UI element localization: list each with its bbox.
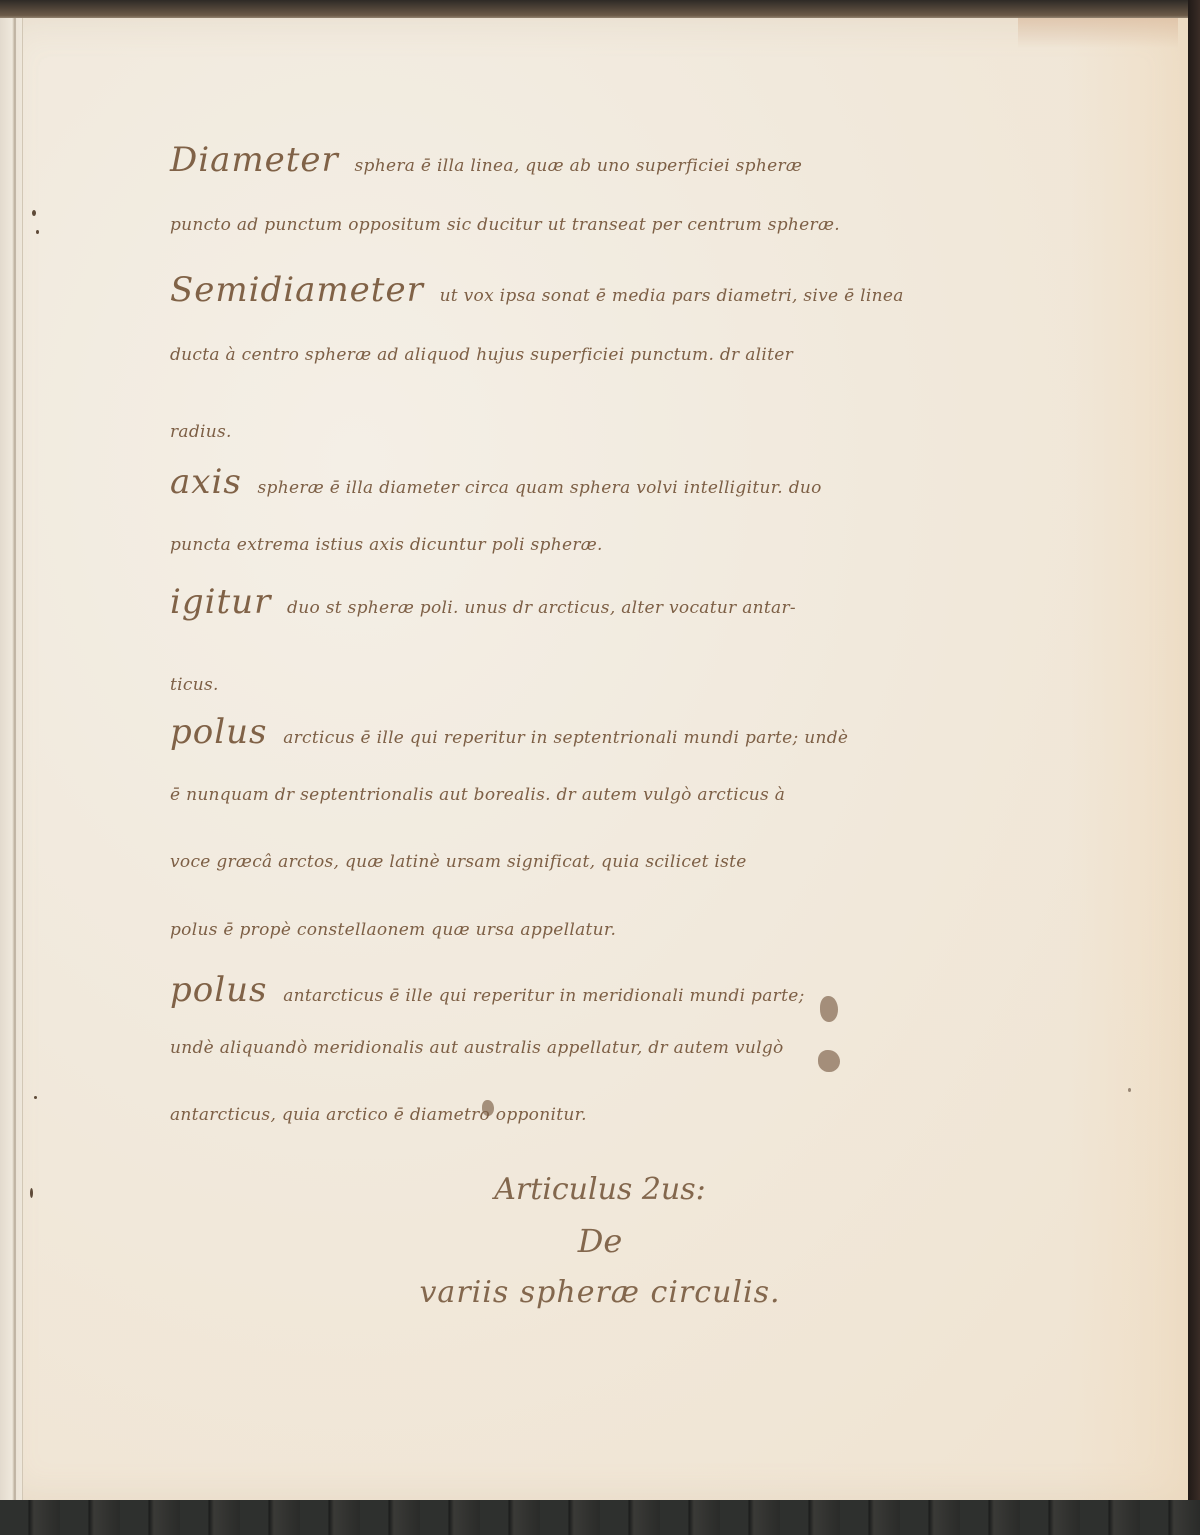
ink-spot [36,230,39,234]
line-text: undè aliquandò meridionalis aut australi… [170,1038,784,1058]
line-text: ducta à centro spheræ ad aliquod hujus s… [170,345,793,365]
text-line: puncto ad punctum oppositum sic ducitur … [170,215,840,235]
article-title: variis spheræ circulis. [0,1275,1200,1310]
text-line: ticus. [170,675,219,695]
paragraph-term: Semidiameter [170,270,424,310]
ink-stain [820,996,838,1022]
paragraph-term: polus [170,970,267,1010]
text-line: radius. [170,422,232,442]
line-text: puncto ad punctum oppositum sic ducitur … [170,215,840,235]
ink-stain [818,1050,840,1072]
text-line: igitur duo st spheræ poli. unus dr arcti… [170,582,796,622]
ink-spot [34,1096,37,1099]
text-line: ducta à centro spheræ ad aliquod hujus s… [170,345,793,365]
line-text: polus ē propè constellaonem quæ ursa app… [170,920,616,940]
line-text: radius. [170,422,232,442]
text-line: ē nunquam dr septentrionalis aut boreali… [170,785,785,805]
text-line: puncta extrema istius axis dicuntur poli… [170,535,603,555]
scan-right-edge [1188,0,1200,1535]
line-text: voce græcâ arctos, quæ latinè ursam sign… [170,852,747,872]
text-line: undè aliquandò meridionalis aut australi… [170,1038,784,1058]
article-preposition: De [0,1222,1200,1260]
line-text: sphera ē illa linea, quæ ab uno superfic… [355,156,803,176]
paragraph-term: polus [170,712,267,752]
ink-spot [1128,1088,1131,1092]
text-line: polus antarcticus ē ille qui reperitur i… [170,970,805,1010]
paragraph-term: axis [170,462,242,502]
line-text: arcticus ē ille qui reperitur in septent… [283,728,848,748]
text-line: Diameter sphera ē illa linea, quæ ab uno… [170,140,802,180]
line-text: puncta extrema istius axis dicuntur poli… [170,535,603,555]
text-line: voce græcâ arctos, quæ latinè ursam sign… [170,852,747,872]
page-corner-stain [1018,18,1178,48]
line-text: ē nunquam dr septentrionalis aut boreali… [170,785,785,805]
article-heading: Articulus 2us: [0,1172,1200,1207]
paragraph-term: Diameter [170,140,339,180]
text-line: axis spheræ ē illa diameter circa quam s… [170,462,822,502]
text-line: polus arcticus ē ille qui reperitur in s… [170,712,848,752]
ink-spot [32,210,36,216]
text-line: Semidiameter ut vox ipsa sonat ē media p… [170,270,904,310]
line-text: antarcticus ē ille qui reperitur in meri… [283,986,804,1006]
line-text: spheræ ē illa diameter circa quam sphera… [258,478,822,498]
line-text: duo st spheræ poli. unus dr arcticus, al… [287,598,796,618]
text-line: polus ē propè constellaonem quæ ursa app… [170,920,616,940]
line-text: antarcticus, quia arctico ē diametro opp… [170,1105,587,1125]
line-text: ut vox ipsa sonat ē media pars diametri,… [440,286,904,306]
scan-bottom-edge [0,1500,1200,1535]
line-text: ticus. [170,675,219,695]
text-line: antarcticus, quia arctico ē diametro opp… [170,1105,587,1125]
paragraph-term: igitur [170,582,271,622]
